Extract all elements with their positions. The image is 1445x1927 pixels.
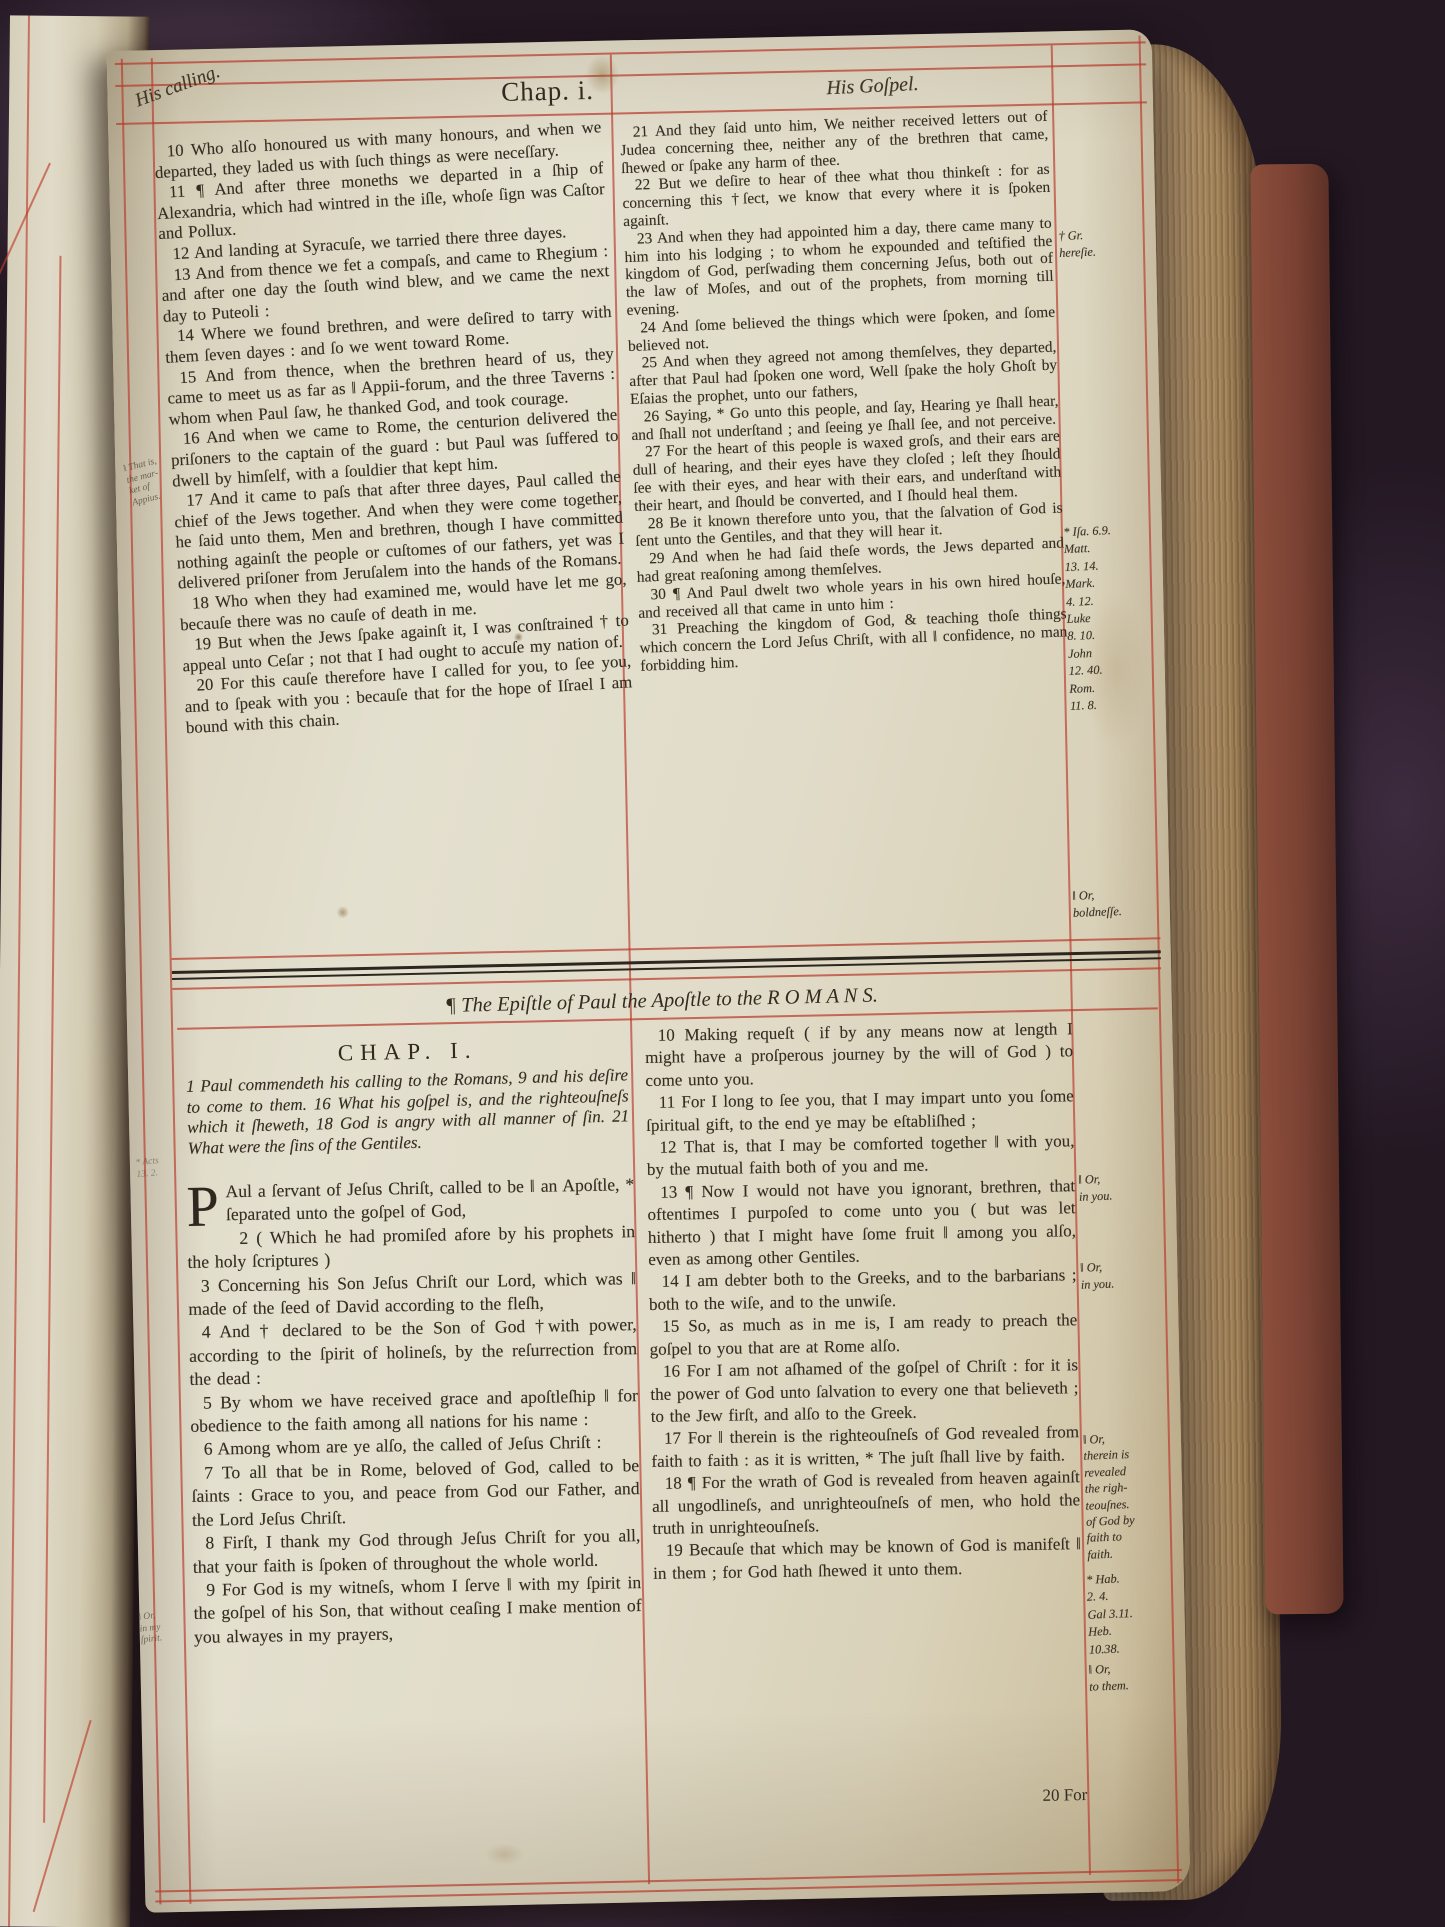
verse-text: Aul a ſervant of Jeſus Chriſt, called to… <box>225 1174 634 1225</box>
verse: 15 So, as much as in me is, I am ready t… <box>649 1309 1078 1361</box>
verse: 14 I am debter both to the Greeks, and t… <box>648 1265 1077 1317</box>
margin-note-in-you-2: ‖ Or, in you. <box>1080 1256 1169 1294</box>
margin-note-to-them: ‖ Or, to them. <box>1088 1658 1177 1696</box>
red-rule-top-1 <box>115 41 1146 65</box>
verse: 3 Concerning his Son Jeſus Chriſt our Lo… <box>188 1267 637 1322</box>
margin-note-in-you-1: ‖ Or, in you. <box>1078 1168 1167 1206</box>
margin-note-cross-references: * Iſa. 6.9. Matt. 13. 14. Mark. 4. 12. L… <box>1063 521 1158 716</box>
romans-chapter-argument: 1 Paul commendeth his calling to the Rom… <box>186 1065 630 1159</box>
romans-chapter-heading: CHAP. I. <box>197 1035 617 1070</box>
verse: 13 ¶ Now I would not have you ignorant, … <box>647 1175 1076 1271</box>
running-header-right: His Goſpel. <box>747 69 998 104</box>
verse: 12 That is, that I may be comforted toge… <box>646 1130 1075 1182</box>
foxing-speck <box>337 906 349 918</box>
red-rule-acts-bottom <box>172 937 1161 960</box>
margin-note-boldnesse: ‖ Or, boldneſſe. <box>1072 885 1161 923</box>
verse: 18 ¶ For the wrath of God is revealed fr… <box>652 1466 1081 1540</box>
verse: 4 And † declared to be the Son of God †w… <box>189 1314 638 1392</box>
verse: 11 For I long to ſee you, that I may imp… <box>646 1085 1075 1137</box>
romans-left-column: PAul a ſervant of Jeſus Chriſt, called t… <box>186 1173 642 1649</box>
gutter-note-acts-13-2: * Acts 13. 2. <box>135 1155 177 1182</box>
verse: 23 And when they had appointed him a day… <box>624 214 1055 319</box>
verse: 2 ( Which he had promiſed afore by his p… <box>187 1220 636 1275</box>
photograph-of-open-bible: { "header": { "left": "His calling.", "c… <box>0 0 1445 1927</box>
red-ruling-line <box>8 16 30 1927</box>
foxing-patch <box>484 1843 524 1866</box>
verse: 17 For ‖ therein is the righteouſneſs of… <box>651 1422 1080 1474</box>
verse: 5 By whom we have received grace and apo… <box>190 1384 639 1439</box>
bible-page: His calling. Chap. i. His Goſpel. 10 Who… <box>107 29 1191 1912</box>
gutter-note-in-my-spirit: ‖ Or, in my ſpirit. <box>138 1608 183 1647</box>
verse: 19 Becauſe that which may be known of Go… <box>653 1534 1082 1586</box>
verse: PAul a ſervant of Jeſus Chriſt, called t… <box>186 1173 635 1228</box>
red-ruling-line <box>43 256 61 1823</box>
verse: 7 To all that be in Rome, beloved of God… <box>191 1454 640 1532</box>
catchword: 20 For <box>863 1784 1113 1809</box>
drop-cap-initial: P <box>186 1180 226 1230</box>
red-ruling-line <box>33 1720 92 1912</box>
margin-note-habakkuk-refs: * Hab. 2. 4. Gal 3.11. Heb. 10.38. <box>1086 1568 1177 1658</box>
verse: 8 Firſt, I thank my God through Jeſus Ch… <box>192 1524 641 1579</box>
red-rule-bottom-2 <box>155 1879 1182 1903</box>
verse: 9 For God is my witneſs, whom I ſerve ‖ … <box>193 1571 642 1649</box>
verse: 10 Making requeſt ( if by any means now … <box>645 1018 1074 1092</box>
verse: 16 For I am not aſhamed of the goſpel of… <box>650 1354 1079 1428</box>
acts-left-column: 10 Who alſo honoured us with many honour… <box>153 117 634 738</box>
margin-note-therein-revealed: ‖ Or, therein is revealed the righ- teou… <box>1083 1428 1176 1563</box>
running-header-left: His calling. <box>132 61 223 112</box>
romans-right-column: 10 Making requeſt ( if by any means now … <box>645 1018 1082 1585</box>
book-cover-board-edge <box>1250 164 1343 1615</box>
margin-note-gr-heresie: † Gr. hereſie. <box>1058 225 1147 263</box>
acts-right-column: 21 And they ſaid unto him, We neither re… <box>619 108 1068 676</box>
running-header-chapter: Chap. i. <box>427 73 668 109</box>
